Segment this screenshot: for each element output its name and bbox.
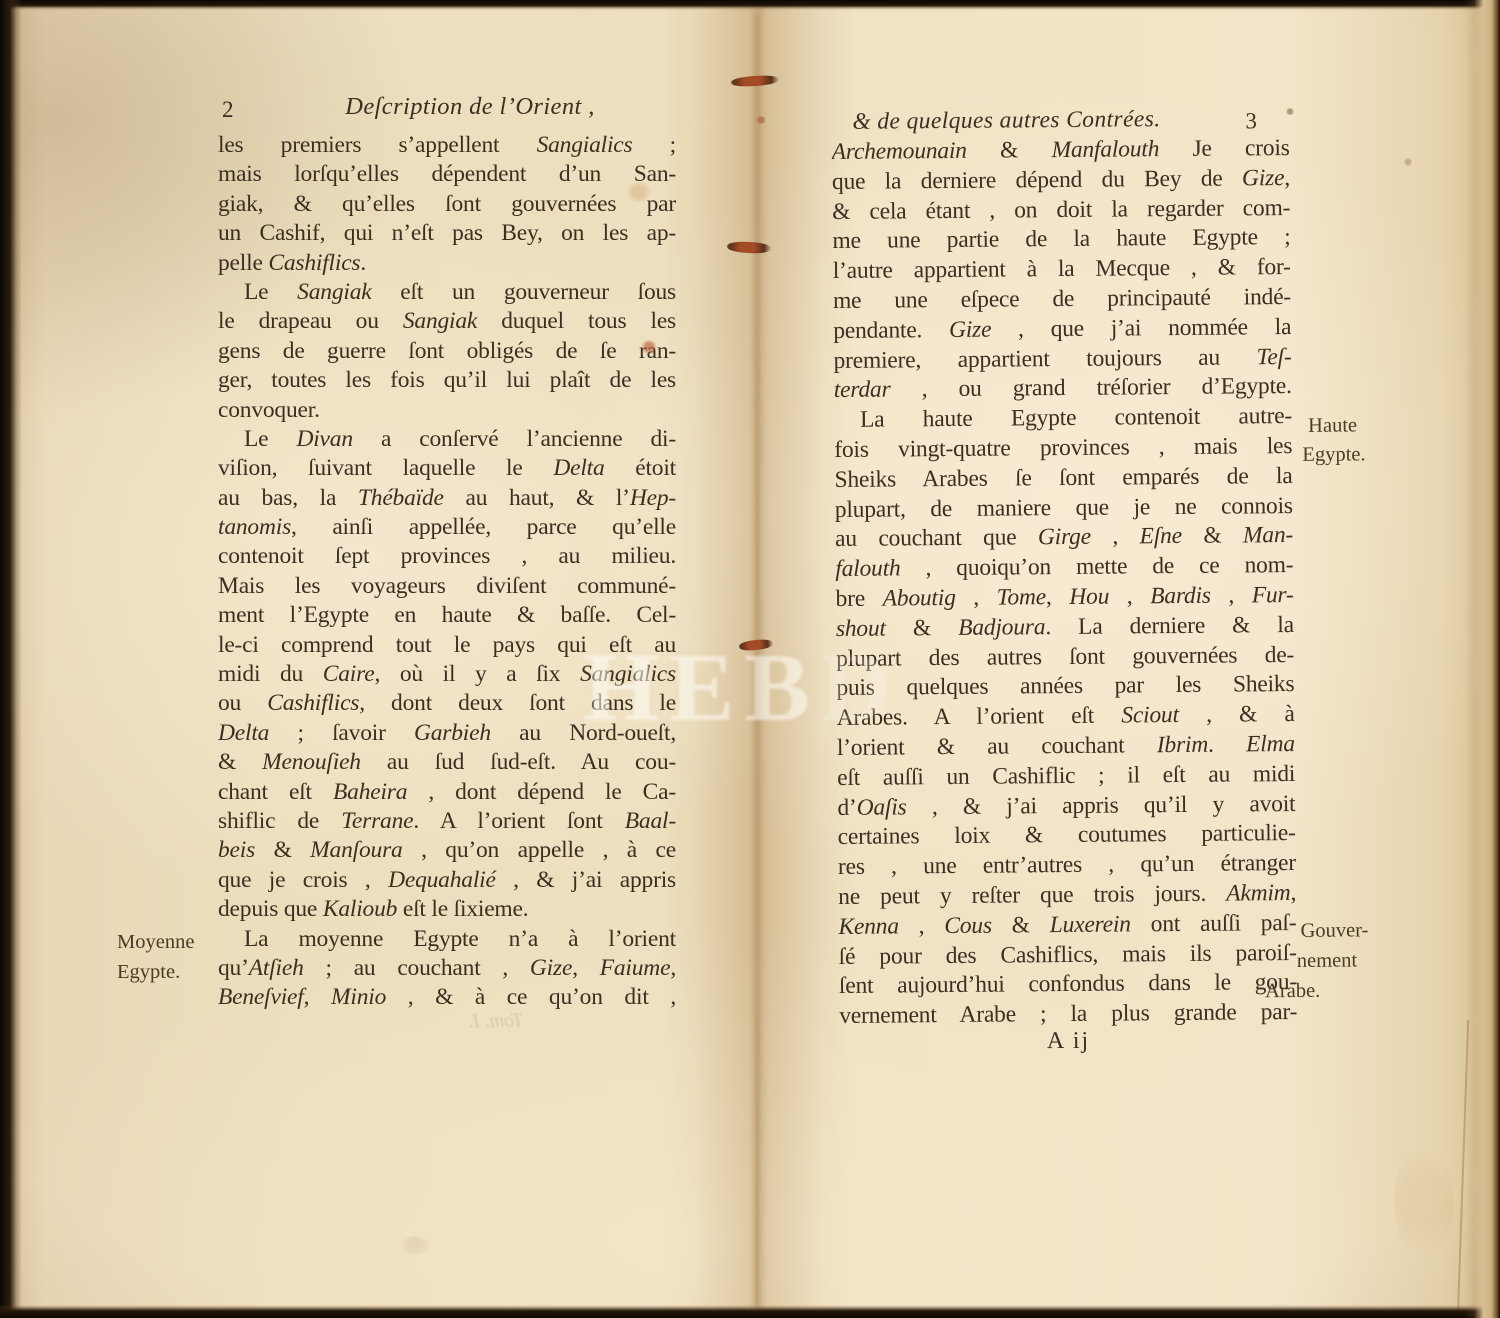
book-scan-photo: 2 Deſcription de l’Orient , les premiers…	[0, 0, 1500, 1318]
text-line: Le Divan a conſervé l’ancienne di-	[218, 425, 676, 454]
text-line: gens de guerre ſont obligés de ſe ran-	[218, 337, 676, 366]
text-line: viſion, ſuivant laquelle le Delta étoit	[218, 454, 676, 483]
text-line: certaines loix & coutumes particulie-	[838, 819, 1296, 853]
text-line: le drapeau ou Sangiak duquel tous les	[218, 307, 676, 336]
margin-note-line: Egypte.	[1302, 440, 1412, 470]
text-line: La moyenne Egypte n’a à l’orient	[218, 925, 676, 954]
foxing-spot	[1394, 1142, 1454, 1262]
text-line: chant eſt Baheira , dont dépend le Ca-	[218, 778, 676, 807]
margin-note-line: Haute	[1302, 411, 1412, 441]
text-line: & Menouſieh au ſud ſud-eſt. Au cou-	[218, 748, 676, 777]
text-line: les premiers s’appellent Sangialics ;	[218, 131, 676, 160]
text-line: d’Oaſis , & j’ai appris qu’il y avoit	[837, 790, 1295, 824]
margin-note-line: Arabe.	[1265, 975, 1385, 1006]
foxing-spot	[1404, 158, 1412, 166]
text-line: Le Sangiak eſt un gouverneur ſous	[218, 278, 676, 307]
margin-note-line: nement	[1291, 945, 1411, 976]
text-line: Beneſvief, Minio , & à ce qu’on dit ,	[218, 983, 676, 1012]
text-line: l’autre appartient à la Mecque , & for-	[833, 253, 1291, 287]
text-line: shiflic de Terrane. A l’orient ſont Baal…	[218, 807, 676, 836]
text-line: eſt auſſi un Cashiflic ; il eſt au midi	[837, 760, 1295, 794]
text-line: que la derniere dépend du Bey de Gize,	[832, 164, 1290, 198]
text-line: Archemounain & Manfalouth Je crois	[832, 134, 1290, 168]
text-line: Sheiks Arabes ſe ſont emparés de la	[834, 462, 1292, 496]
text-line: fois vingt-quatre provinces , mais les	[834, 432, 1292, 466]
right-margin-note-haute: Haute Egypte.	[1302, 411, 1413, 470]
right-page-number: 3	[1245, 108, 1257, 134]
text-line: ger, toutes les fois qu’il lui plaît de …	[218, 366, 676, 395]
text-line: qu’Atſieh ; au couchant , Gize, Faiume,	[218, 954, 676, 983]
left-page-body: les premiers s’appellent Sangialics ;mai…	[218, 131, 676, 1013]
showthrough-ghost-text: Tom. I.	[468, 1010, 524, 1034]
text-line: plupart, de maniere que je ne connois	[835, 492, 1293, 526]
right-page: & de quelques autres Contrées. 3 Archemo…	[830, 0, 1299, 1318]
text-line: depuis que Kalioub eſt le ſixieme.	[218, 895, 676, 924]
left-page: 2 Deſcription de l’Orient , les premiers…	[0, 0, 758, 1318]
text-line: au bas, la Thébaïde au haut, & l’Hep-	[218, 484, 676, 513]
photo-edge-bottom	[0, 1305, 1500, 1318]
text-line: La haute Egypte contenoit autre-	[834, 402, 1292, 436]
text-line: ſé pour des Cashiflics, mais ils paroiſ-	[839, 939, 1297, 973]
text-line: ſent aujourd’hui confondus dans le gou-	[839, 968, 1297, 1002]
left-running-header: Deſcription de l’Orient ,	[295, 93, 645, 121]
text-line: shout & Badjoura. La derniere & la	[836, 611, 1294, 645]
right-page-body: Archemounain & Manfalouth Je croisque la…	[832, 134, 1298, 1032]
gathering-signature: A ij	[839, 1026, 1297, 1057]
text-line: tanomis, ainſi appellée, parce qu’elle	[218, 513, 676, 542]
text-line: convoquer.	[218, 396, 676, 425]
text-line: midi du Caire, où il y a ſix Sangialics	[218, 660, 676, 689]
text-line: un Cashif, qui n’eſt pas Bey, on les ap-	[218, 219, 676, 248]
right-running-header: & de quelques autres Contrées.	[796, 106, 1216, 137]
text-line: puis quelques années par les Sheiks	[836, 670, 1294, 704]
photo-edge-top	[0, 0, 1500, 10]
text-line: plupart des autres ſont gouvernées de-	[836, 641, 1294, 675]
text-line: & cela étant , on doit la regarder com-	[832, 194, 1290, 228]
text-line: me une partie de la haute Egypte ;	[832, 223, 1290, 257]
text-line: le-ci comprend tout le pays qui eſt au	[218, 631, 676, 660]
text-line: ne peut y reſter que trois jours. Akmim,	[838, 879, 1296, 913]
right-margin-note-gouvernement: Gouver- nement Arabe.	[1290, 915, 1411, 1006]
text-line: falouth , quoiqu’on mette de ce nom-	[835, 551, 1293, 585]
text-line: ou Cashiflics, dont deux ſont dans le	[218, 689, 676, 718]
text-line: ment l’Egypte en haute & baſſe. Cel-	[218, 601, 676, 630]
text-line: Delta ; ſavoir Garbieh au Nord-oueſt,	[218, 719, 676, 748]
left-margin-note: Moyenne Egypte.	[117, 927, 215, 987]
text-line: Kenna , Cous & Luxerein ont auſſi paſ-	[838, 909, 1296, 943]
text-line: l’orient & au couchant Ibrim. Elma	[837, 730, 1295, 764]
text-line: me une eſpece de principauté indé-	[833, 283, 1291, 317]
text-line: au couchant que Girge , Eſne & Man-	[835, 521, 1293, 555]
text-line: giak, & qu’elles ſont gouvernées par	[218, 190, 676, 219]
left-page-number: 2	[222, 97, 234, 123]
text-line: beis & Manſoura , qu’on appelle , à ce	[218, 836, 676, 865]
text-line: premiere, appartient toujours au Teſ-	[833, 343, 1291, 377]
text-line: terdar , ou grand tréſorier d’Egypte.	[834, 372, 1292, 406]
photo-edge-right	[1464, 0, 1500, 1318]
text-line: pendante. Gize , que j’ai nommée la	[833, 313, 1291, 347]
text-line: bre Aboutig , Tome, Hou , Bardis , Fur-	[835, 581, 1293, 615]
text-line: Mais les voyageurs diviſent communé-	[218, 572, 676, 601]
text-line: que je crois , Dequahalié , & j’ai appri…	[218, 866, 676, 895]
text-line: mais lorſqu’elles dépendent d’un San-	[218, 160, 676, 189]
photo-edge-left	[0, 0, 22, 1318]
margin-note-line: Egypte.	[117, 957, 215, 987]
margin-note-line: Gouver-	[1290, 915, 1410, 946]
margin-note-line: Moyenne	[117, 927, 215, 957]
text-line: res , une entr’autres , qu’un étranger	[838, 849, 1296, 883]
text-line: Arabes. A l’orient eſt Sciout , & à	[837, 700, 1295, 734]
text-line: pelle Cashiflics.	[218, 249, 676, 278]
text-line: contenoit ſept provinces , au milieu.	[218, 542, 676, 571]
